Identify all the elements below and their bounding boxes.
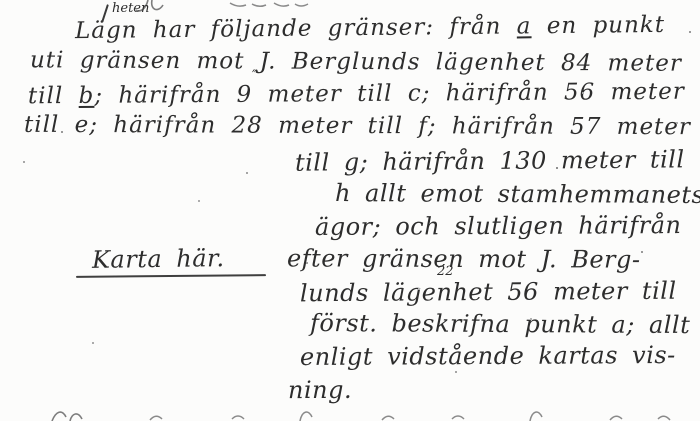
manuscript-line-8: efter gränsen mot J. Berg- bbox=[287, 245, 641, 273]
line1-word-start: Lägn bbox=[75, 17, 138, 44]
manuscript-line-7: ägor; och slutligen härifrån bbox=[315, 212, 682, 240]
manuscript-line-5: till g; härifrån 130 meter till bbox=[295, 146, 685, 176]
manuscript-line-11: enligt vidstående kartas vis- bbox=[300, 342, 676, 370]
line1-end: en punkt bbox=[531, 12, 665, 39]
manuscript-page: Lägn har följande gränser: från a en pun… bbox=[0, 0, 700, 421]
line3-insertion-mark: ″ bbox=[252, 68, 257, 84]
next-line-fragment bbox=[0, 405, 700, 421]
margin-note-underline bbox=[76, 274, 266, 278]
line9-start: lunds lägenhet bbox=[300, 278, 493, 307]
line9-end: 56 meter till bbox=[493, 277, 677, 306]
manuscript-line-6: h allt emot stamhemmanets bbox=[335, 180, 700, 208]
line9-superscript-correction: 22 bbox=[437, 264, 454, 279]
line3-start: till bbox=[28, 83, 79, 109]
line1-point-a: a bbox=[517, 13, 532, 39]
margin-note-karta: Karta här. bbox=[92, 245, 225, 273]
manuscript-line-9: lunds lägenhet 56 meter till bbox=[300, 278, 677, 307]
line1-mid: har följande gränser: från bbox=[137, 13, 516, 43]
manuscript-line-2: uti gränsen mot J. Berglunds lägenhet 84… bbox=[30, 48, 682, 77]
manuscript-line-4: till e; härifrån 28 meter till f; härifr… bbox=[24, 113, 691, 141]
line3-end: ; härifrån 9 meter till c; härifrån 56 m… bbox=[94, 79, 685, 109]
manuscript-line-1: Lägn har följande gränser: från a en pun… bbox=[75, 13, 665, 44]
manuscript-line-12: ning. bbox=[288, 377, 352, 404]
scan-noise-specks bbox=[0, 0, 2, 2]
inserted-word-above-line1: heten bbox=[112, 1, 149, 16]
manuscript-line-10: först. beskrifna punkt a; allt bbox=[310, 310, 690, 338]
line3-point-b: b bbox=[79, 83, 95, 109]
manuscript-line-3: till b; härifrån 9 meter till c; härifrå… bbox=[28, 80, 685, 110]
